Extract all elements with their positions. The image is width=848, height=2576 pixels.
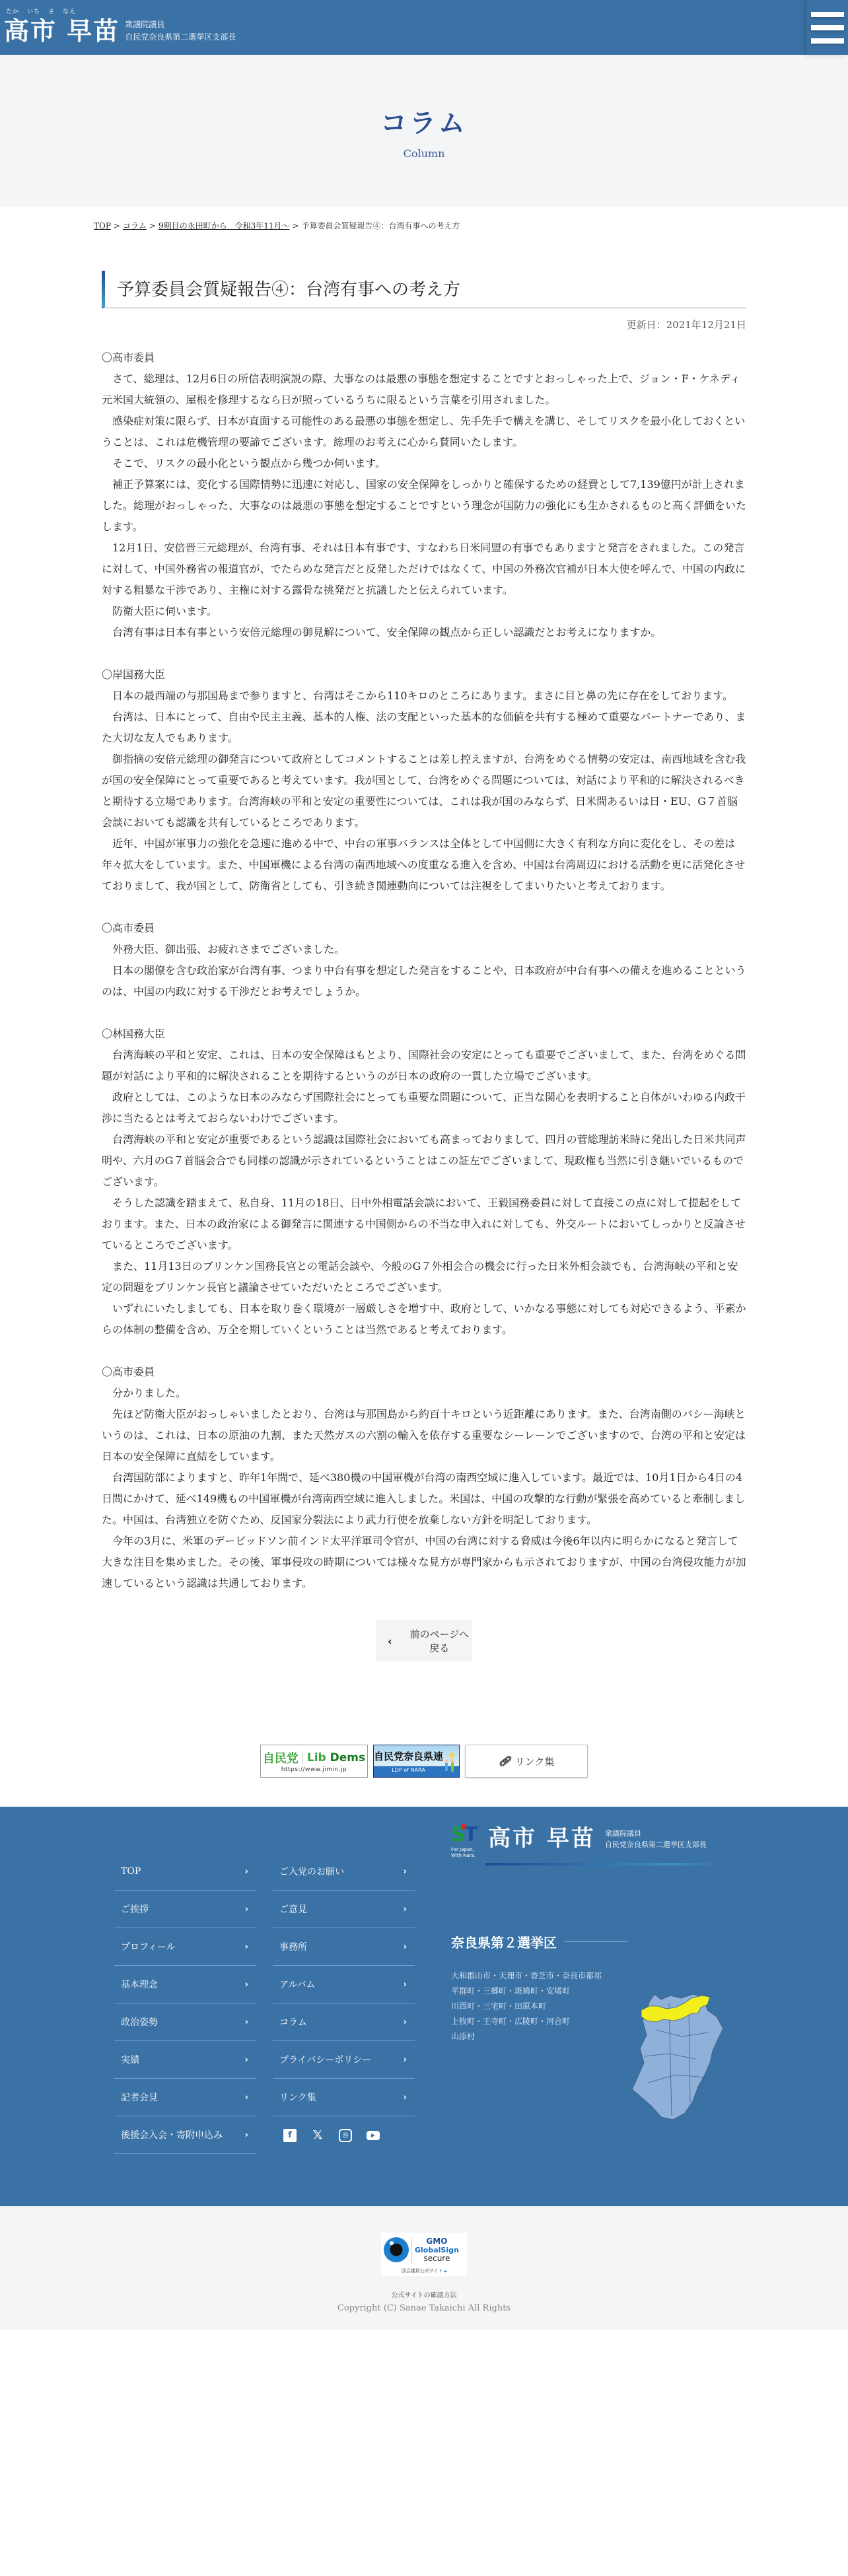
- back-button[interactable]: ‹ 前のページへ戻る: [376, 1620, 472, 1661]
- chevron-right-icon: ›: [245, 1867, 248, 1877]
- gmo-globalsign-badge[interactable]: GMO GlobalSign secure 国会議員公式サイト 🔒︎: [381, 2233, 467, 2276]
- speaker-name: 〇岸国務大臣: [102, 664, 746, 685]
- ruby-sa: さ: [48, 7, 55, 16]
- chevron-right-icon: ›: [404, 2093, 407, 2103]
- nara-district-map: [629, 1990, 728, 2122]
- verify-link[interactable]: 公式サイトの確認方法: [0, 2289, 848, 2299]
- brand-title-line1: 衆議院議員: [125, 18, 236, 31]
- breadcrumb-separator: >: [114, 221, 120, 230]
- district-area-line: 平群町・三郷町・斑鳩町・安堵町: [451, 1984, 627, 1999]
- site-footer: TOP› ご挨拶› プロフィール› 基本理念› 政治姿勢› 実績› 記者会見› …: [0, 1807, 848, 2206]
- nara-banner-en: LDP of NARA: [392, 1767, 425, 1773]
- paragraph: 先ほど防衛大臣がおっしゃいましたとおり、台湾は与那国島から約百十キロという近距離…: [102, 1404, 746, 1467]
- breadcrumb-top[interactable]: TOP: [94, 221, 111, 230]
- district-info: 奈良県第２選挙区 大和郡山市・天理市・香芝市・奈良市都祁 平群町・三郷町・斑鳩町…: [451, 1932, 627, 2044]
- chevron-right-icon: ›: [404, 2017, 407, 2027]
- name-ruby: たか いち さ なえ: [4, 7, 120, 16]
- paragraph: 台湾国防部によりますと、昨年1年間で、延べ380機の中国軍機が台湾の南西空域に進…: [102, 1467, 746, 1531]
- footer-nav: TOP› ご挨拶› プロフィール› 基本理念› 政治姿勢› 実績› 記者会見› …: [114, 1853, 415, 2154]
- speaker-name: 〇林国務大臣: [102, 1024, 746, 1045]
- footer-link-label: 事務所: [279, 1940, 307, 1953]
- copyright: Copyright (C) Sanae Takaichi All Rights: [0, 2303, 848, 2313]
- nara-banner-jp: 自民党奈良県連: [374, 1749, 443, 1763]
- paragraph: 御指摘の安倍元総理の御発言について政府としてコメントすることは差し控えますが、台…: [102, 749, 746, 833]
- breadcrumb: TOP>コラム>9期目の永田町から 令和3年11月～>予算委員会質疑報告④：台湾…: [94, 207, 754, 231]
- st-tagline: For Japan, With Nara.: [451, 1847, 481, 1859]
- footer-brand-sub2: 自民党奈良県第二選挙区支部長: [605, 1839, 707, 1850]
- paragraph: 補正予算案には、変化する国際情勢に迅速に対応し、国家の安全保障をしっかりと確保す…: [102, 474, 746, 538]
- footer-link-label: プロフィール: [121, 1940, 176, 1953]
- page-subtitle: Column: [0, 147, 848, 160]
- facebook-icon[interactable]: f: [283, 2129, 297, 2142]
- youtube-icon[interactable]: ▶: [367, 2131, 380, 2140]
- ruby-nae: なえ: [63, 7, 76, 16]
- footer-link-office[interactable]: 事務所›: [273, 1928, 415, 1966]
- footer-brand-underline: [485, 1863, 720, 1865]
- footer-link-label: 後援会入会・寄附申込み: [121, 2128, 223, 2141]
- article-body: 〇高市委員さて、総理は、12月6日の所信表明演説の際、大事なのは最悪の事態を想定…: [102, 347, 746, 1594]
- footer-link-policy-stance[interactable]: 政治姿勢›: [114, 2003, 256, 2041]
- links-banner-label: リンク集: [515, 1755, 555, 1768]
- paragraph: 台湾海峡の平和と安定が重要であるという認識は国際社会においても高まっておりまして…: [102, 1129, 746, 1193]
- gmo-line2: GlobalSign: [415, 2246, 459, 2254]
- banner-row: 自民党 Lib Dems https://www.jimin.jp 自民党奈良県…: [0, 1745, 848, 1778]
- footer-link-label: ご入党のお願い: [279, 1865, 344, 1878]
- district-title-rule: [565, 1941, 627, 1942]
- footer-link-supporters[interactable]: 後援会入会・寄附申込み›: [114, 2116, 256, 2154]
- updated-date: 更新日：2021年12月21日: [102, 318, 746, 331]
- paragraph: 台湾有事は日本有事という安倍元総理の御見解について、安全保障の観点から正しい認識…: [102, 622, 746, 643]
- ruby-ichi: いち: [27, 7, 40, 16]
- breadcrumb-current: 予算委員会質疑報告④：台湾有事への考え方: [302, 221, 460, 230]
- footer-link-label: プライバシーポリシー: [279, 2053, 371, 2066]
- breadcrumb-separator: >: [292, 221, 299, 230]
- speaker-block: 〇高市委員分かりました。先ほど防衛大臣がおっしゃいましたとおり、台湾は与那国島か…: [102, 1362, 746, 1594]
- chevron-left-icon: ‹: [388, 1635, 392, 1648]
- hamburger-menu-icon[interactable]: [807, 0, 848, 55]
- ldp-nara-banner[interactable]: 自民党奈良県連 LDP of NARA: [373, 1745, 460, 1778]
- footer-link-press[interactable]: 記者会見›: [114, 2079, 256, 2116]
- footer-link-links[interactable]: リンク集›: [273, 2079, 415, 2116]
- footer-link-join-party[interactable]: ご入党のお願い›: [273, 1853, 415, 1891]
- paragraph: 日本の最西端の与那国島まで参りますと、台湾はそこから110キロのところにあります…: [102, 685, 746, 707]
- footer-link-greeting[interactable]: ご挨拶›: [114, 1891, 256, 1928]
- district-area-line: 山添村: [451, 2029, 627, 2044]
- speaker-name: 〇高市委員: [102, 1362, 746, 1383]
- district-title-text: 奈良県第２選挙区: [451, 1932, 557, 1951]
- footer-link-label: コラム: [279, 2015, 307, 2029]
- chevron-right-icon: ›: [404, 1980, 407, 1990]
- breadcrumb-category[interactable]: 9期目の永田町から 令和3年11月～: [159, 221, 290, 230]
- st-tagline-1: For Japan,: [451, 1847, 481, 1853]
- gmo-caption-text: 国会議員公式サイト: [402, 2268, 443, 2274]
- paragraph: 日本の閣僚を含む政治家が台湾有事、つまり中台有事を想定した発言をすることや、日本…: [102, 960, 746, 1002]
- speaker-block: 〇林国務大臣台湾海峡の平和と安定、これは、日本の安全保障はもとより、国際社会の安…: [102, 1024, 746, 1340]
- hamburger-bar: [811, 25, 844, 30]
- page-hero: コラム Column: [0, 55, 848, 207]
- jimin-lib: Lib: [307, 1751, 330, 1764]
- footer-link-profile[interactable]: プロフィール›: [114, 1928, 256, 1966]
- gmo-line1: GMO: [426, 2237, 447, 2246]
- gmo-caption: 国会議員公式サイト 🔒︎: [381, 2268, 467, 2274]
- footer-link-album[interactable]: アルバム›: [273, 1966, 415, 2003]
- article: 予算委員会質疑報告④：台湾有事への考え方 更新日：2021年12月21日 〇高市…: [94, 271, 754, 1661]
- footer-link-achievements[interactable]: 実績›: [114, 2041, 256, 2079]
- footer-nav-left: TOP› ご挨拶› プロフィール› 基本理念› 政治姿勢› 実績› 記者会見› …: [114, 1853, 256, 2154]
- chevron-right-icon: ›: [404, 1867, 407, 1877]
- chevron-right-icon: ›: [245, 2130, 248, 2140]
- footer-link-label: ご意見: [279, 1902, 307, 1916]
- district-areas: 大和郡山市・天理市・香芝市・奈良市都祁 平群町・三郷町・斑鳩町・安堵町 川西町・…: [451, 1968, 627, 2044]
- paragraph: 近年、中国が軍事力の強化を急速に進める中で、中台の軍事バランスは全体として中国側…: [102, 833, 746, 897]
- jimin-banner-jp: 自民党: [263, 1749, 299, 1766]
- footer-brand-name: 高市 早苗: [488, 1825, 596, 1852]
- chevron-right-icon: ›: [245, 2093, 248, 2103]
- paragraph: いずれにいたしましても、日本を取り巻く環境が一層厳しさを増す中、政府として、いか…: [102, 1298, 746, 1340]
- district-area-line: 大和郡山市・天理市・香芝市・奈良市都祁: [451, 1968, 627, 1984]
- social-links: f 𝕏 ◎ ▶: [273, 2116, 415, 2154]
- footer-link-label: ご挨拶: [121, 1902, 149, 1916]
- gmo-line3: secure: [423, 2254, 450, 2263]
- site-logo[interactable]: たか いち さ なえ 高市 早苗 衆議院議員 自民党奈良県第二選挙区支部長: [4, 7, 236, 46]
- footer-bottom: GMO GlobalSign secure 国会議員公式サイト 🔒︎ 公式サイト…: [0, 2206, 848, 2330]
- mascot-figures-icon: [442, 1752, 456, 1774]
- footer-link-opinion[interactable]: ご意見›: [273, 1891, 415, 1928]
- paragraph: 外務大臣、御出張、お疲れさまでございました。: [102, 939, 746, 960]
- speaker-name: 〇高市委員: [102, 347, 746, 368]
- paragraph: 台湾は、日本にとって、自由や民主主義、基本的人権、法の支配といった基本的な価値を…: [102, 707, 746, 749]
- chevron-right-icon: ›: [404, 1942, 407, 1952]
- district-area-line: 上牧町・王寺町・広陵町・河合町: [451, 2014, 627, 2029]
- footer-link-label: 実績: [121, 2053, 139, 2066]
- district-area-line: 川西町・三宅町・田原本町: [451, 1999, 627, 2014]
- gmo-text: GMO GlobalSign secure: [411, 2237, 459, 2263]
- chevron-right-icon: ›: [245, 1942, 248, 1952]
- paragraph: 分かりました。: [102, 1383, 746, 1404]
- chevron-right-icon: ›: [245, 1904, 248, 1914]
- footer-link-label: アルバム: [279, 1978, 315, 1991]
- site-header: たか いち さ なえ 高市 早苗 衆議院議員 自民党奈良県第二選挙区支部長: [0, 0, 848, 55]
- paragraph: そこで、リスクの最小化という観点から幾つか伺います。: [102, 453, 746, 474]
- chevron-right-icon: ›: [245, 1980, 248, 1990]
- footer-link-label: 基本理念: [121, 1978, 158, 1991]
- ruby-taka: たか: [6, 7, 19, 16]
- chevron-right-icon: ›: [245, 2017, 248, 2027]
- district-title: 奈良県第２選挙区: [451, 1932, 627, 1951]
- jimin-banner-en: Lib Dems: [302, 1751, 365, 1764]
- hamburger-bar: [811, 38, 844, 44]
- instagram-icon[interactable]: ◎: [339, 2129, 352, 2142]
- back-button-label: 前のページへ戻る: [407, 1627, 472, 1655]
- footer-link-column[interactable]: コラム›: [273, 2003, 415, 2041]
- globalsign-eye-icon: [384, 2237, 409, 2262]
- speaker-block: 〇高市委員さて、総理は、12月6日の所信表明演説の際、大事なのは最悪の事態を想定…: [102, 347, 746, 643]
- paragraph: 台湾海峡の平和と安定、これは、日本の安全保障はもとより、国際社会の安定にとっても…: [102, 1045, 746, 1087]
- breadcrumb-separator: >: [149, 221, 156, 230]
- paragraph: そうした認識を踏まえて、私自身、11月の18日、日中外相電話会談において、王毅国…: [102, 1193, 746, 1256]
- footer-nav-right: ご入党のお願い› ご意見› 事務所› アルバム› コラム› プライバシーポリシー…: [273, 1853, 415, 2154]
- lock-icon: 🔒︎: [444, 2268, 447, 2274]
- article-title: 予算委員会質疑報告④：台湾有事への考え方: [102, 271, 746, 308]
- footer-brand: ST For Japan, With Nara. 高市 早苗 衆議院議員 自民党…: [451, 1825, 728, 1865]
- jimin-banner-url: https://www.jimin.jp: [281, 1766, 347, 1773]
- chevron-right-icon: ›: [404, 1904, 407, 1914]
- speaker-block: 〇岸国務大臣日本の最西端の与那国島まで参りますと、台湾はそこから110キロのとこ…: [102, 664, 746, 897]
- footer-brand-sub1: 衆議院議員: [605, 1828, 707, 1839]
- footer-link-top[interactable]: TOP›: [114, 1853, 256, 1891]
- paragraph: 感染症対策に限らず、日本が直面する可能性のある最悪の事態を想定し、先手先手で構え…: [102, 411, 746, 453]
- chevron-right-icon: ›: [245, 2055, 248, 2065]
- st-logo-dot: [461, 1824, 466, 1829]
- footer-link-philosophy[interactable]: 基本理念›: [114, 1966, 256, 2003]
- link-chain-icon: 🔗︎: [499, 1755, 511, 1767]
- st-logo-mark: ST: [451, 1825, 481, 1845]
- paragraph: 防衛大臣に伺います。: [102, 601, 746, 622]
- chevron-right-icon: ›: [404, 2055, 407, 2065]
- footer-link-label: 記者会見: [121, 2091, 158, 2104]
- paragraph: さて、総理は、12月6日の所信表明演説の際、大事なのは最悪の事態を想定することで…: [102, 368, 746, 411]
- paragraph: また、11月13日のブリンケン国務長官との電話会談や、今般のG７外相会合の機会に…: [102, 1256, 746, 1298]
- paragraph: 今年の3月に、米軍のデービッドソン前インド太平洋軍司令官が、中国の台湾に対する脅…: [102, 1531, 746, 1594]
- st-tagline-2: With Nara.: [451, 1853, 481, 1859]
- hamburger-bar: [811, 12, 844, 17]
- footer-link-label: 政治姿勢: [121, 2015, 158, 2029]
- page-title: コラム: [0, 106, 848, 141]
- paragraph: 政府としては、このような日本のみならず国際社会にとっても重要な問題について、正当…: [102, 1087, 746, 1129]
- footer-link-privacy[interactable]: プライバシーポリシー›: [273, 2041, 415, 2079]
- brand-title-line2: 自民党奈良県第二選挙区支部長: [125, 31, 236, 44]
- x-icon[interactable]: 𝕏: [311, 2129, 324, 2142]
- jimin-banner[interactable]: 自民党 Lib Dems https://www.jimin.jp: [260, 1745, 368, 1778]
- links-banner[interactable]: 🔗︎ リンク集: [465, 1745, 588, 1778]
- speaker-block: 〇高市委員外務大臣、御出張、お疲れさまでございました。日本の閣僚を含む政治家が台…: [102, 918, 746, 1002]
- paragraph: 12月1日、安倍晋三元総理が、台湾有事、それは日本有事です、すなわち日米同盟の有…: [102, 538, 746, 601]
- footer-link-label: リンク集: [279, 2091, 316, 2104]
- footer-brand-sub: 衆議院議員 自民党奈良県第二選挙区支部長: [605, 1828, 707, 1850]
- jimin-dems: Dems: [330, 1751, 365, 1764]
- breadcrumb-column[interactable]: コラム: [123, 221, 147, 230]
- brand-subtitle: 衆議院議員 自民党奈良県第二選挙区支部長: [125, 18, 236, 44]
- footer-link-label: TOP: [121, 1866, 141, 1877]
- st-logo: ST For Japan, With Nara.: [451, 1825, 481, 1859]
- speaker-name: 〇高市委員: [102, 918, 746, 939]
- brand-name: 高市 早苗: [4, 16, 120, 46]
